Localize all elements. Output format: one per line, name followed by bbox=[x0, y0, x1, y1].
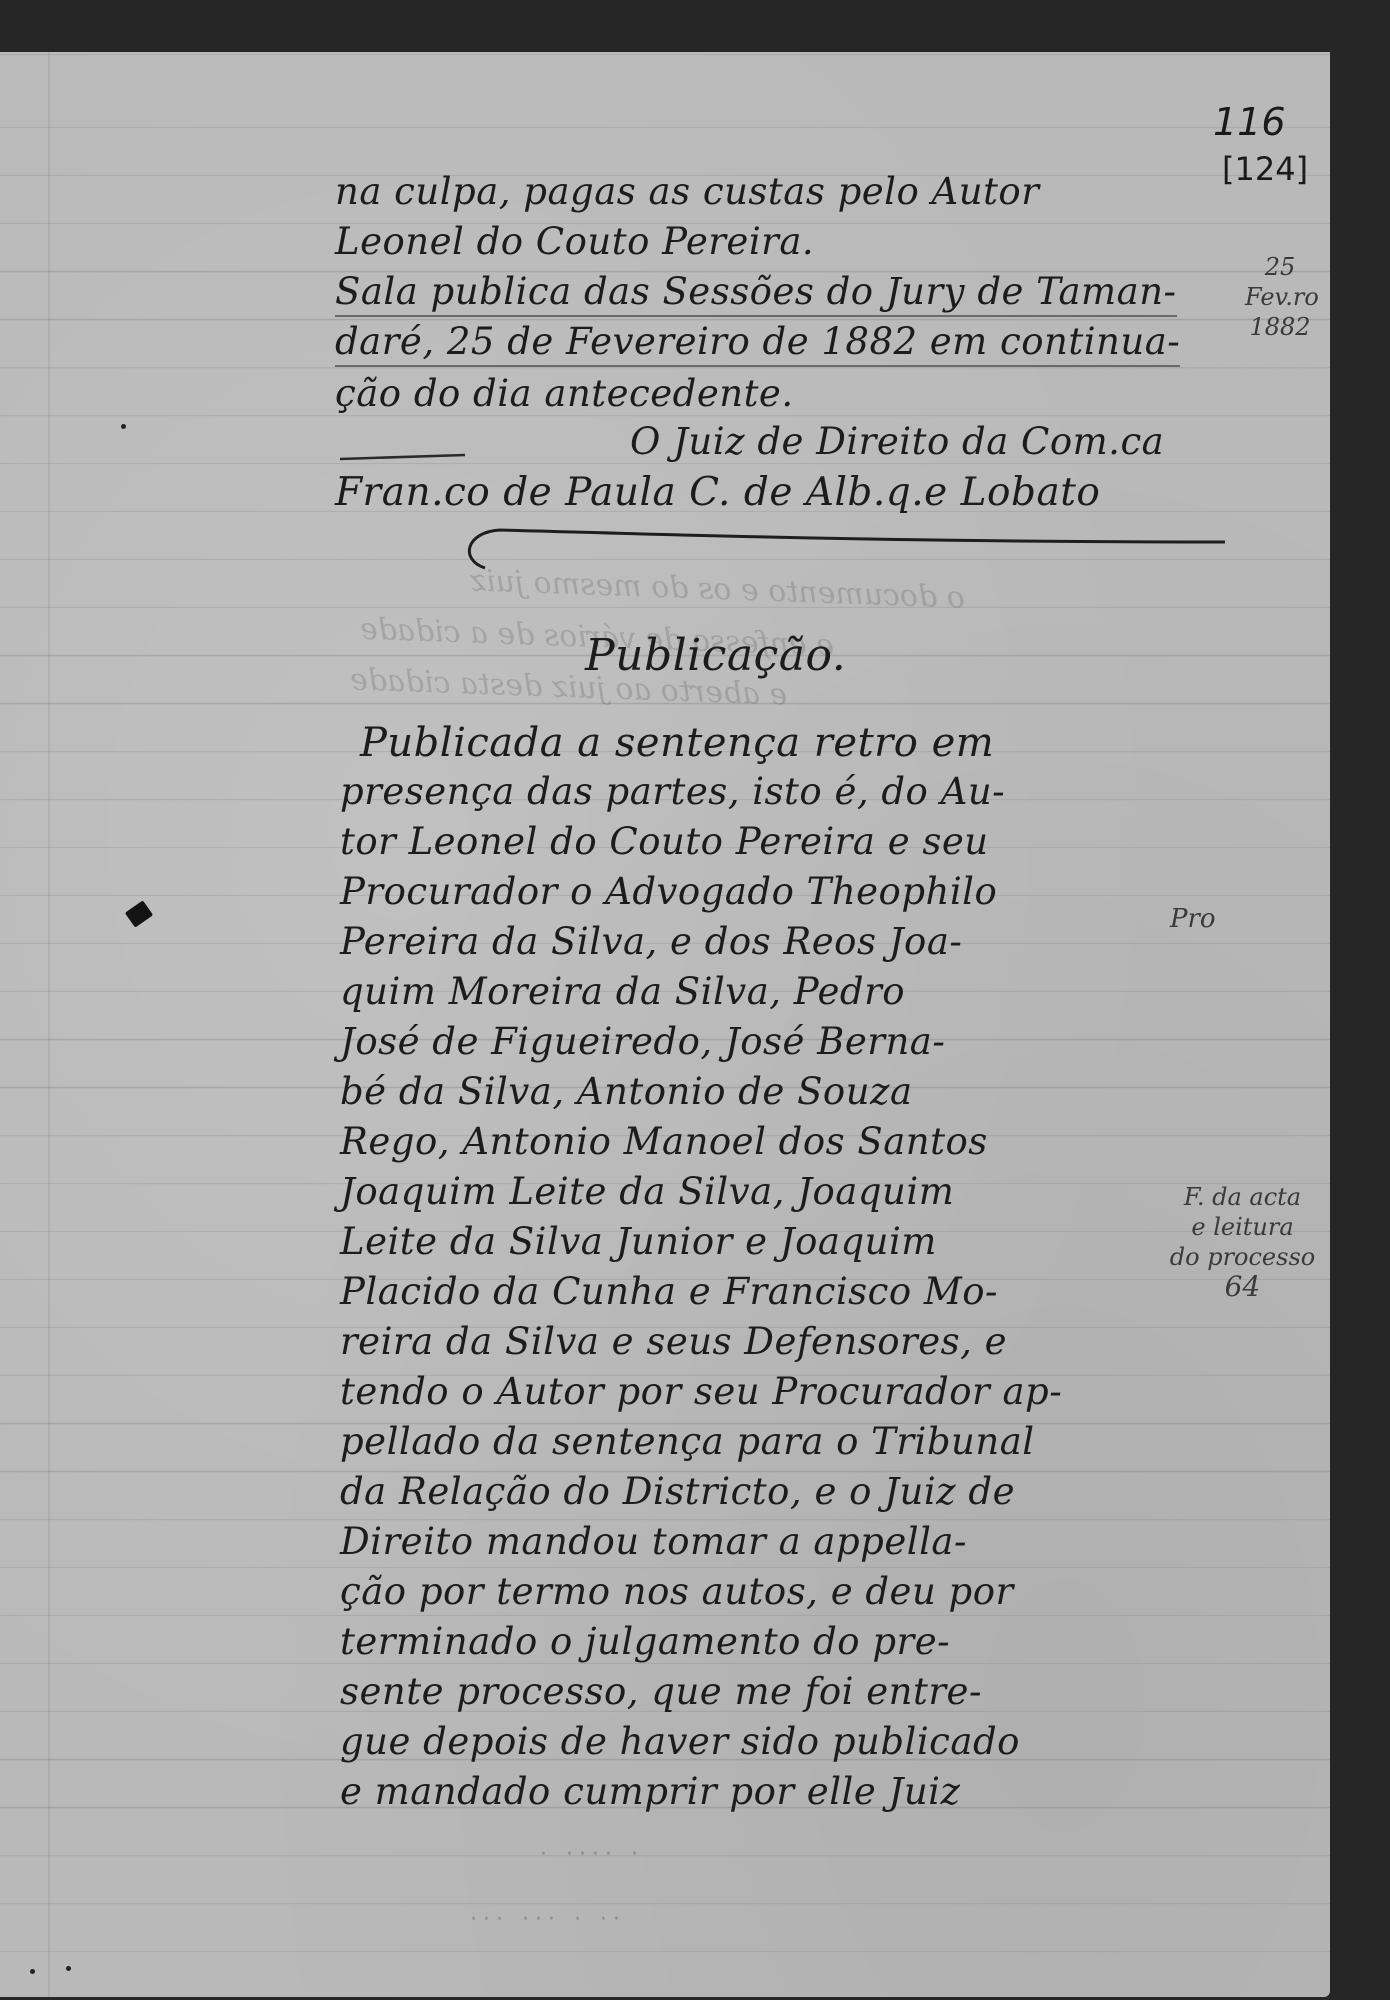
manuscript-line: Publicada a sentença retro em bbox=[360, 720, 994, 766]
manuscript-line: pellado da sentença para o Tribunal bbox=[340, 1420, 1035, 1463]
manuscript-line: presença das partes, isto é, do Au- bbox=[340, 770, 1005, 813]
manuscript-line: sente processo, que me foi entre- bbox=[340, 1670, 982, 1713]
margin-reading-line: F. da acta bbox=[1150, 1182, 1330, 1212]
margin-reading-line: e leitura bbox=[1150, 1212, 1330, 1242]
margin-reading-line: do processo bbox=[1150, 1242, 1330, 1272]
manuscript-line: Direito mandou tomar a appella- bbox=[340, 1520, 967, 1563]
ink-dot bbox=[121, 424, 126, 429]
manuscript-line: bé da Silva, Antonio de Souza bbox=[340, 1070, 913, 1113]
section-heading: Publicação. bbox=[585, 630, 846, 681]
faint-bleed-mark: · ···· · bbox=[540, 1842, 644, 1867]
manuscript-line: Joaquim Leite da Silva, Joaquim bbox=[340, 1170, 954, 1213]
manuscript-line: gue depois de haver sido publicado bbox=[340, 1720, 1020, 1763]
margin-date-year: 1882 bbox=[1245, 312, 1315, 342]
manuscript-line: Leonel do Couto Pereira. bbox=[335, 220, 814, 263]
margin-date-month: Fev.ro bbox=[1245, 282, 1315, 312]
folio-bracketed-number: [124] bbox=[1222, 150, 1308, 188]
manuscript-line: Rego, Antonio Manoel dos Santos bbox=[340, 1120, 988, 1163]
manuscript-line: e mandado cumprir por elle Juiz bbox=[340, 1770, 961, 1813]
manuscript-line: Procurador o Advogado Theophilo bbox=[340, 870, 997, 913]
manuscript-line: na culpa, pagas as custas pelo Autor bbox=[335, 170, 1039, 213]
manuscript-line: da Relação do Districto, e o Juiz de bbox=[340, 1470, 1015, 1513]
manuscript-line: terminado o julgamento do pre- bbox=[340, 1620, 950, 1663]
manuscript-line: Sala publica das Sessões do Jury de Tama… bbox=[335, 270, 1177, 317]
judge-title-line: O Juiz de Direito da Com.ca bbox=[630, 420, 1164, 463]
ink-dot bbox=[30, 1969, 35, 1974]
paper-fold-line bbox=[48, 52, 50, 1997]
margin-counsel-note: Pro bbox=[1170, 904, 1216, 934]
manuscript-line: reira da Silva e seus Defensores, e bbox=[340, 1320, 1007, 1363]
margin-reading-number: 64 bbox=[1150, 1272, 1330, 1302]
manuscript-line: tendo o Autor por seu Procurador ap- bbox=[340, 1370, 1062, 1413]
signature-flourish bbox=[455, 520, 1235, 580]
folio-number: 116 bbox=[1213, 100, 1286, 144]
manuscript-line: ção do dia antecedente. bbox=[335, 372, 794, 415]
faint-bleed-mark: ··· ··· · ·· bbox=[470, 1907, 626, 1932]
ink-dot bbox=[66, 1966, 71, 1971]
manuscript-line: José de Figueiredo, José Berna- bbox=[340, 1020, 945, 1063]
judge-signature: Fran.co de Paula C. de Alb.q.e Lobato bbox=[335, 470, 1100, 515]
margin-date-note: 25 Fev.ro 1882 bbox=[1245, 252, 1315, 342]
manuscript-line: tor Leonel do Couto Pereira e seu bbox=[340, 820, 989, 863]
manuscript-line: Pereira da Silva, e dos Reos Joa- bbox=[340, 920, 962, 963]
margin-dash bbox=[335, 447, 475, 467]
manuscript-line: ção por termo nos autos, e deu por bbox=[340, 1570, 1014, 1613]
margin-date-day: 25 bbox=[1245, 252, 1315, 282]
scanned-page: o documento e os do mesmo juiz e enfesso… bbox=[0, 52, 1330, 1997]
manuscript-line: Leite da Silva Junior e Joaquim bbox=[340, 1220, 937, 1263]
manuscript-line: daré, 25 de Fevereiro de 1882 em continu… bbox=[335, 320, 1180, 367]
manuscript-line: Placido da Cunha e Francisco Mo- bbox=[340, 1270, 998, 1313]
manuscript-line: quim Moreira da Silva, Pedro bbox=[340, 970, 905, 1013]
margin-reading-note: F. da acta e leitura do processo 64 bbox=[1150, 1182, 1330, 1302]
